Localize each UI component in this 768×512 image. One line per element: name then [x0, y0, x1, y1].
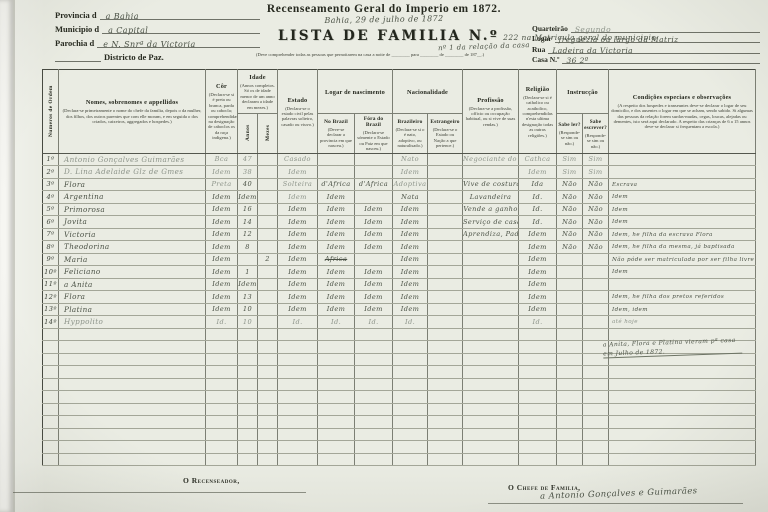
handwritten-entry: 11º — [44, 280, 57, 288]
cell-estr — [428, 278, 463, 291]
empty-cell — [393, 378, 428, 391]
cell-nobr: Idem — [318, 203, 355, 216]
handwritten-entry: Não — [588, 230, 603, 238]
cell-estado: Idem — [278, 253, 318, 266]
empty-cell — [59, 403, 206, 416]
family-row: 8ºTheodorinaIdem8IdemIdemIdemIdemIdemNão… — [43, 241, 756, 254]
empty-cell — [355, 416, 393, 429]
cell-nobr: Idem — [318, 216, 355, 229]
lista-de-familia-line: LISTA DE FAMILIA N.º 222 na Matricula ge… — [256, 27, 512, 51]
cell-rel: Idem — [519, 303, 557, 316]
cell-num: 1º — [43, 153, 59, 166]
empty-row — [43, 391, 756, 404]
empty-cell — [428, 403, 463, 416]
cell-cor: Id. — [206, 316, 238, 329]
cell-fora: Idem — [355, 278, 393, 291]
cell-mezes — [258, 191, 278, 204]
empty-cell — [278, 378, 318, 391]
cell-nobr: Idem — [318, 241, 355, 254]
provincia-underline: a Bahia — [100, 19, 260, 20]
empty-cell — [393, 441, 428, 454]
family-row: 3ºFloraPreta40Solteirad'Africad'AfricaAd… — [43, 178, 756, 191]
handwritten-entry: Idem, he filha da mesma, já baptisada — [612, 245, 735, 250]
empty-cell — [583, 453, 609, 466]
family-row: 6ºJovitaIdem14IdemIdemIdemIdemServiço de… — [43, 216, 756, 229]
cell-annos: 1 — [238, 266, 258, 279]
handwritten-entry: Argentina — [64, 192, 104, 201]
handwritten-entry: Idem — [327, 293, 346, 301]
handwritten-entry: Jovita — [64, 217, 87, 226]
empty-cell — [206, 341, 238, 354]
handwritten-entry: Idem — [401, 268, 420, 276]
empty-cell — [318, 403, 355, 416]
empty-cell — [59, 428, 206, 441]
cell-obs — [609, 153, 756, 166]
handwritten-entry: 16 — [243, 205, 252, 213]
handwritten-entry: Idem — [288, 268, 307, 276]
cell-bras: Idem — [393, 241, 428, 254]
cell-prof: Vende a ganho — [463, 203, 519, 216]
cell-mezes — [258, 178, 278, 191]
cell-ler — [557, 316, 583, 329]
cell-obs: Idem, he filha da mesma, já baptisada — [609, 241, 756, 254]
col-header-cor: Côr (Declara-se si é preta ou branca, pa… — [206, 70, 238, 154]
cell-fora — [355, 153, 393, 166]
empty-row — [43, 416, 756, 429]
empty-cell — [43, 391, 59, 404]
cell-ler: Sim — [557, 166, 583, 179]
handwritten-entry: 12 — [243, 230, 252, 238]
handwritten-entry: Nato — [401, 155, 419, 163]
handwritten-entry: 1 — [245, 268, 250, 276]
cell-mezes — [258, 241, 278, 254]
handwritten-entry: d'Africa — [359, 180, 388, 188]
handwritten-entry: Id. — [216, 318, 226, 326]
handwritten-entry: Idem — [364, 268, 383, 276]
empty-cell — [519, 391, 557, 404]
cell-nome: Maria — [59, 253, 206, 266]
handwritten-entry: D. Lina Adelaide Glz de Gmes — [64, 167, 183, 176]
empty-cell — [318, 441, 355, 454]
empty-cell — [59, 378, 206, 391]
cell-mezes — [258, 278, 278, 291]
cell-num: 9º — [43, 253, 59, 266]
handwritten-entry: Negociante do commercio — [463, 155, 519, 163]
cell-cor: Preta — [206, 178, 238, 191]
cell-mezes — [258, 291, 278, 304]
cell-rel: Id. — [519, 316, 557, 329]
handwritten-entry: 9º — [46, 255, 54, 263]
cell-nome: Feliciano — [59, 266, 206, 279]
empty-cell — [238, 453, 258, 466]
cell-bras: Idem — [393, 291, 428, 304]
col-header-ordem: Numeros de Ordem — [43, 70, 59, 154]
handwritten-entry: Adoptiva — [394, 180, 427, 188]
cell-prof — [463, 278, 519, 291]
handwritten-entry: Id. — [532, 218, 542, 226]
cell-nome: Jovita — [59, 216, 206, 229]
handwritten-entry: Idem — [212, 255, 231, 263]
subcol-brazileiro: Brazileiro (Declara-se si o é nato, adop… — [393, 114, 428, 154]
cell-bras: Idem — [393, 203, 428, 216]
empty-cell — [278, 341, 318, 354]
handwritten-entry: 8 — [245, 243, 250, 251]
cell-obs: Idem — [609, 216, 756, 229]
empty-cell — [43, 341, 59, 354]
family-row: 11ºa AnitaIdemIdemIdemIdemIdemIdemIdem — [43, 278, 756, 291]
empty-cell — [557, 341, 583, 354]
field-municipio: Municipio d a Capital — [55, 20, 260, 34]
empty-cell — [238, 391, 258, 404]
empty-cell — [393, 416, 428, 429]
cell-fora — [355, 253, 393, 266]
handwritten-entry: Idem — [288, 255, 307, 263]
cell-bras: Idem — [393, 216, 428, 229]
handwritten-entry: Idem — [327, 230, 346, 238]
empty-cell — [258, 403, 278, 416]
cell-obs: Não póde ser matriculada por ser filha l… — [609, 253, 756, 266]
cell-cor: Idem — [206, 291, 238, 304]
cell-mezes — [258, 216, 278, 229]
cell-prof: Negociante do commercio — [463, 153, 519, 166]
empty-cell — [206, 366, 238, 379]
cell-bras: Adoptiva — [393, 178, 428, 191]
handwritten-entry: Não — [588, 218, 603, 226]
lista-number-handwritten-2: nº 1 da relação da casa — [438, 42, 512, 53]
districto-blank — [55, 61, 101, 62]
cell-annos: 38 — [238, 166, 258, 179]
handwritten-entry: até hoje — [612, 320, 638, 325]
empty-cell — [258, 441, 278, 454]
handwritten-entry: Ida — [532, 180, 544, 188]
cell-estr — [428, 191, 463, 204]
empty-cell — [238, 441, 258, 454]
cell-prof — [463, 266, 519, 279]
empty-cell — [318, 378, 355, 391]
family-row: 2ºD. Lina Adelaide Glz de GmesIdem38Idem… — [43, 166, 756, 179]
empty-cell — [609, 416, 756, 429]
cell-mezes — [258, 316, 278, 329]
handwritten-entry: Não — [588, 193, 603, 201]
cell-fora: Idem — [355, 291, 393, 304]
empty-cell — [258, 366, 278, 379]
empty-cell — [238, 403, 258, 416]
cell-nobr: Idem — [318, 303, 355, 316]
handwritten-entry: 38 — [243, 168, 252, 176]
empty-cell — [428, 378, 463, 391]
handwritten-entry: Idem — [364, 205, 383, 213]
address-fields: Quarteirão Segundo Logar freguezia ou la… — [532, 22, 760, 64]
cell-nobr: Idem — [318, 228, 355, 241]
handwritten-entry: Flora — [64, 292, 85, 301]
field-logar: Logar freguezia ou largo da Matriz — [532, 33, 760, 44]
handwritten-entry: Idem — [528, 280, 547, 288]
cell-annos — [238, 253, 258, 266]
quarteirao-label: Quarteirão — [532, 24, 568, 33]
handwritten-entry: Não póde ser matriculada por ser filha l… — [612, 258, 756, 263]
cell-cor: Idem — [206, 253, 238, 266]
empty-cell — [43, 366, 59, 379]
logar-label: Logar — [532, 34, 552, 43]
empty-cell — [557, 391, 583, 404]
empty-cell — [428, 391, 463, 404]
cell-bras: Idem — [393, 253, 428, 266]
handwritten-entry: Platina — [64, 305, 92, 314]
handwritten-entry: 1º — [46, 155, 54, 163]
handwritten-entry: Idem — [238, 193, 257, 201]
cell-num: 2º — [43, 166, 59, 179]
empty-cell — [519, 353, 557, 366]
casa-underline: 36 2º — [562, 63, 760, 64]
empty-cell — [355, 328, 393, 341]
handwritten-entry: Idem — [401, 168, 420, 176]
empty-cell — [206, 328, 238, 341]
empty-cell — [59, 353, 206, 366]
handwritten-entry: Idem — [401, 230, 420, 238]
cell-ler: Não — [557, 241, 583, 254]
masthead-center: Recenseamento Geral do Imperio em 1872. … — [256, 3, 512, 57]
subcol-estrangeiro: Estrangeiro (Declara-se o Estado ou Naçã… — [428, 114, 463, 154]
cell-esc: Sim — [583, 166, 609, 179]
handwritten-entry: Feliciano — [64, 267, 101, 276]
handwritten-entry: Idem — [212, 218, 231, 226]
empty-cell — [428, 328, 463, 341]
empty-cell — [519, 341, 557, 354]
empty-cell — [393, 391, 428, 404]
cell-esc — [583, 291, 609, 304]
empty-cell — [463, 391, 519, 404]
cell-esc — [583, 253, 609, 266]
cell-rel: Cathca — [519, 153, 557, 166]
cell-obs: Escrava — [609, 178, 756, 191]
cell-mezes — [258, 228, 278, 241]
empty-cell — [609, 378, 756, 391]
cell-bras: Nata — [393, 191, 428, 204]
handwritten-entry: Id. — [368, 318, 378, 326]
handwritten-entry: Maria — [64, 255, 88, 264]
handwritten-entry: Flora — [64, 180, 85, 189]
empty-cell — [463, 341, 519, 354]
cell-obs: Idem, he filha dos pretos referidos — [609, 291, 756, 304]
cell-nobr: Idem — [318, 266, 355, 279]
handwritten-entry: Não — [562, 180, 577, 188]
cell-nome: Theodorina — [59, 241, 206, 254]
cell-annos: 10 — [238, 303, 258, 316]
cell-estr — [428, 291, 463, 304]
handwritten-entry: Idem — [288, 205, 307, 213]
cell-estr — [428, 266, 463, 279]
empty-cell — [258, 416, 278, 429]
empty-cell — [355, 366, 393, 379]
empty-cell — [206, 403, 238, 416]
empty-cell — [238, 341, 258, 354]
empty-cell — [278, 403, 318, 416]
empty-cell — [557, 416, 583, 429]
empty-cell — [463, 353, 519, 366]
subcol-no-brazil: No Brazil (Deve-se declarar a provincia … — [318, 114, 355, 154]
cell-prof — [463, 241, 519, 254]
empty-cell — [463, 403, 519, 416]
cell-prof — [463, 303, 519, 316]
empty-cell — [583, 378, 609, 391]
cell-estado: Idem — [278, 278, 318, 291]
handwritten-entry: Idem — [212, 268, 231, 276]
handwritten-entry: 3º — [46, 180, 54, 188]
handwritten-entry: Idem — [364, 243, 383, 251]
empty-cell — [206, 378, 238, 391]
handwritten-entry: Solteira — [283, 180, 313, 188]
family-row: 9ºMariaIdem2IdemAfricaIdemIdemNão póde s… — [43, 253, 756, 266]
handwritten-entry: Idem — [212, 193, 231, 201]
cell-ler: Não — [557, 178, 583, 191]
empty-cell — [463, 453, 519, 466]
field-districto: Districto de Paz. — [55, 48, 260, 62]
cell-rel: Idem — [519, 241, 557, 254]
col-header-logar-nascimento: Logar de nascimento — [318, 70, 393, 114]
handwritten-entry: Idem — [212, 280, 231, 288]
cell-estr — [428, 228, 463, 241]
empty-cell — [557, 403, 583, 416]
empty-cell — [583, 328, 609, 341]
cell-estr — [428, 203, 463, 216]
location-fields: Provincia d a Bahia Municipio d a Capita… — [55, 6, 260, 62]
empty-cell — [355, 341, 393, 354]
cell-esc: Não — [583, 241, 609, 254]
cell-fora: Idem — [355, 203, 393, 216]
logar-underline: freguezia ou largo da Matriz — [555, 42, 760, 43]
col-header-idade: Idade (Annos completos. Só os de idade m… — [238, 70, 278, 114]
empty-row — [43, 378, 756, 391]
empty-cell — [43, 416, 59, 429]
handwritten-entry: 12º — [44, 293, 57, 301]
empty-cell — [258, 341, 278, 354]
handwritten-entry: Idem — [288, 293, 307, 301]
subcol-annos: Annos — [238, 114, 258, 154]
handwritten-entry: Idem, idem — [612, 308, 648, 313]
empty-cell — [355, 453, 393, 466]
handwritten-entry: Sim — [562, 168, 576, 176]
empty-cell — [463, 416, 519, 429]
cell-fora: d'Africa — [355, 178, 393, 191]
cell-estado: Idem — [278, 166, 318, 179]
handwritten-entry: Idem — [528, 243, 547, 251]
family-table-wrap: Numeros de Ordem Nomes, sobrenomes e app… — [42, 69, 756, 462]
handwritten-entry: Idem — [327, 243, 346, 251]
empty-cell — [428, 441, 463, 454]
cell-nome: Flora — [59, 291, 206, 304]
empty-cell — [355, 353, 393, 366]
empty-cell — [206, 453, 238, 466]
empty-cell — [557, 353, 583, 366]
cell-annos: 12 — [238, 228, 258, 241]
cell-rel: Id. — [519, 216, 557, 229]
empty-cell — [355, 428, 393, 441]
handwritten-entry: Preta — [211, 180, 231, 188]
cell-fora: Idem — [355, 303, 393, 316]
empty-cell — [428, 341, 463, 354]
handwritten-entry: Idem — [401, 243, 420, 251]
quarteirao-value: Segundo — [575, 25, 611, 34]
empty-cell — [609, 428, 756, 441]
handwritten-entry: Idem — [528, 293, 547, 301]
cell-ler — [557, 303, 583, 316]
empty-cell — [258, 353, 278, 366]
empty-cell — [519, 416, 557, 429]
cell-nome: Primorosa — [59, 203, 206, 216]
empty-cell — [238, 428, 258, 441]
empty-row — [43, 428, 756, 441]
field-provincia: Provincia d a Bahia — [55, 6, 260, 20]
empty-cell — [59, 391, 206, 404]
col-header-instruccao: Instrucção — [557, 70, 609, 114]
cell-prof — [463, 291, 519, 304]
cell-bras: Id. — [393, 316, 428, 329]
handwritten-entry: Casado — [284, 155, 311, 163]
family-row: 12ºFloraIdem13IdemIdemIdemIdemIdemIdem, … — [43, 291, 756, 304]
handwritten-entry: Lavandeira — [470, 193, 512, 201]
cell-nobr: Idem — [318, 191, 355, 204]
field-quarteirao: Quarteirão Segundo — [532, 22, 760, 33]
cell-esc: Não — [583, 216, 609, 229]
cell-prof — [463, 316, 519, 329]
cell-cor: Idem — [206, 166, 238, 179]
handwritten-entry: Idem — [288, 305, 307, 313]
cell-estado: Idem — [278, 291, 318, 304]
empty-cell — [428, 353, 463, 366]
handwritten-entry: Idem — [327, 305, 346, 313]
cell-esc — [583, 266, 609, 279]
family-table: Numeros de Ordem Nomes, sobrenomes e app… — [42, 69, 756, 466]
empty-cell — [583, 366, 609, 379]
cell-obs — [609, 166, 756, 179]
handwritten-entry: Nata — [401, 193, 419, 201]
cell-ler — [557, 278, 583, 291]
handwritten-entry: Não — [562, 193, 577, 201]
cell-prof — [463, 253, 519, 266]
handwritten-entry: Vive de costuras — [463, 180, 519, 188]
cell-annos: 13 — [238, 291, 258, 304]
empty-cell — [583, 416, 609, 429]
empty-cell — [557, 328, 583, 341]
recenseador-signature-line — [6, 492, 306, 493]
cell-fora: Idem — [355, 228, 393, 241]
handwritten-entry: 6º — [46, 218, 54, 226]
cell-estado: Solteira — [278, 178, 318, 191]
handwritten-entry: Não — [562, 218, 577, 226]
cell-estr — [428, 316, 463, 329]
empty-cell — [519, 366, 557, 379]
cell-esc — [583, 303, 609, 316]
col-header-estado: Estado (Declara-se o estado civil pelas … — [278, 70, 318, 154]
empty-cell — [428, 366, 463, 379]
cell-cor: Idem — [206, 303, 238, 316]
cell-annos: 14 — [238, 216, 258, 229]
empty-cell — [393, 353, 428, 366]
cell-nome: Hyppolito — [59, 316, 206, 329]
handwritten-entry: Idem — [327, 205, 346, 213]
municipio-underline: a Capital — [102, 33, 260, 34]
handwritten-entry: Id. — [532, 205, 542, 213]
cell-esc — [583, 278, 609, 291]
empty-cell — [557, 441, 583, 454]
handwritten-entry: 7º — [46, 230, 54, 238]
subcol-sabe-escrever: Sabe escrever? (Responde-se sim ou não.) — [583, 114, 609, 154]
cell-prof: Vive de costuras — [463, 178, 519, 191]
provincia-label: Provincia d — [55, 10, 97, 20]
empty-cell — [355, 378, 393, 391]
cell-bras: Idem — [393, 278, 428, 291]
cell-nome: Antonio Gonçalves Guimarães — [59, 153, 206, 166]
